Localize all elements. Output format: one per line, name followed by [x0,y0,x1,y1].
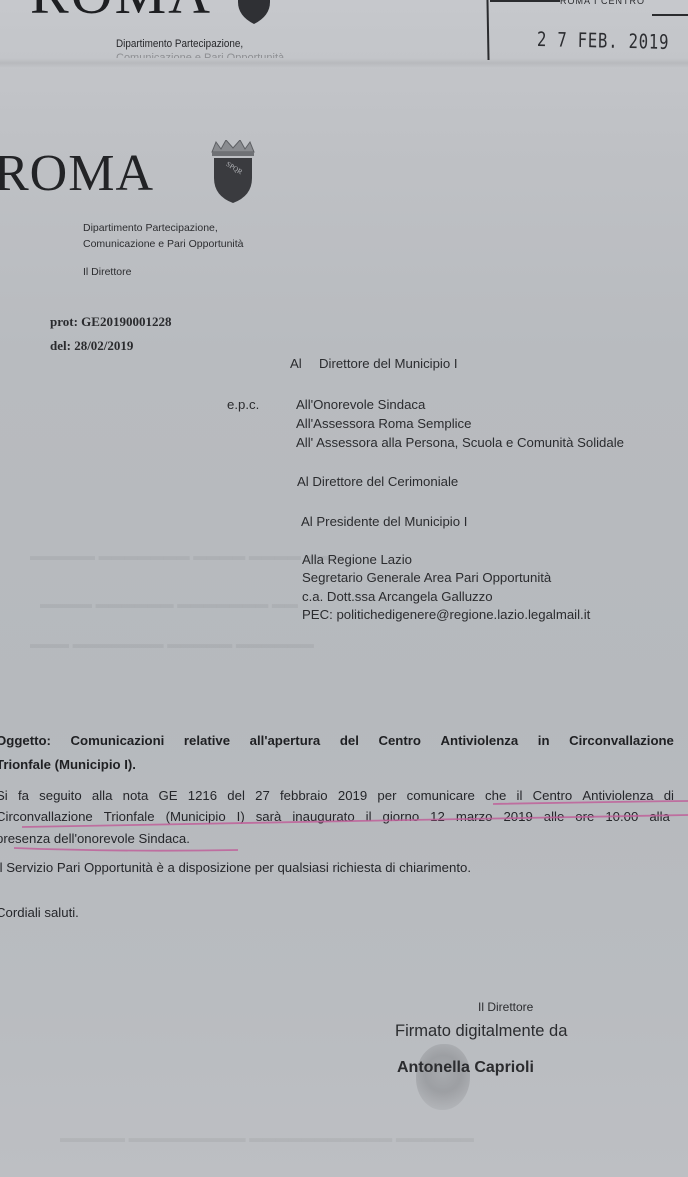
word: Circonvallazione [0,809,93,824]
word: Antiviolenza [441,733,519,748]
word: Oggetto: [0,733,51,748]
protocol-number: prot: GE20190001228 [50,314,171,330]
department-line1: Dipartimento Partecipazione, [83,222,218,234]
protocol-date: del: 28/02/2019 [50,338,133,354]
word: Centro [533,788,573,803]
cc-recipient: All' Assessora alla Persona, Scuola e Co… [296,435,624,450]
recipient-pec: PEC: politichedigenere@regione.lazio.leg… [302,607,590,622]
word: seguito [39,788,82,803]
word: fa [18,788,29,803]
recipient-presidente: Al Presidente del Municipio I [301,514,467,529]
word: 12 [430,809,445,824]
word: che [485,788,506,803]
department-line2: Comunicazione e Pari Opportunità [83,238,244,250]
word: il [517,788,523,803]
word: del [340,733,359,748]
role-label: Il Direttore [83,266,131,278]
word: il [366,809,372,824]
top-logo-text: ROMA [30,0,212,27]
word: Trionfale [104,809,155,824]
cc-recipient: All'Onorevole Sindaca [296,397,425,412]
word: GE [158,788,177,803]
word: del [227,788,245,803]
word: giorno [383,809,420,824]
seal-stamp [416,1044,470,1110]
word: 1216 [188,788,217,803]
body-line3: presenza dell'onorevole Sindaca. [0,831,190,846]
body-line1: SifaseguitoallanotaGE1216del27febbraio20… [0,788,674,803]
word: all'apertura [250,733,321,748]
word: febbraio [280,788,328,803]
page-fold [0,58,688,68]
stamp-border [490,0,560,2]
word: 2019 [503,809,532,824]
word: di [664,788,674,803]
stamp-date: 2 7 FEB. 2019 [537,27,670,54]
word: 27 [255,788,270,803]
cc-recipient: All'Assessora Roma Semplice [296,416,471,431]
word: alle [544,809,565,824]
word: ore [575,809,594,824]
bleed-through-text: ▬▬▬ ▬▬▬▬▬▬▬ ▬▬▬▬▬ ▬▬▬▬▬▬ [30,636,314,651]
recipient-regione: Alla Regione Lazio [302,552,412,567]
word: relative [184,733,230,748]
closing: Cordiali saluti. [0,905,79,920]
bleed-through-text: ▬▬▬▬▬ ▬▬▬▬▬▬▬▬▬ ▬▬▬▬▬▬▬▬▬▬▬ ▬▬▬▬▬▬ [60,1130,474,1145]
primary-recipient-prefix: Al [290,356,302,371]
signature-role: Il Direttore [478,1000,533,1014]
word: alla [649,809,670,824]
stamp-header: ROMA I CENTRO [560,0,645,6]
signature-name: Antonella Caprioli [397,1059,534,1077]
subject-line1: Oggetto:Comunicazionirelativeall'apertur… [0,733,674,748]
stamp-underline [652,14,688,16]
word: alla [92,788,113,803]
word: 10.00 [605,809,638,824]
primary-recipient: Direttore del Municipio I [319,356,458,371]
word: in [538,733,550,748]
recipient-regione: c.a. Dott.ssa Arcangela Galluzzo [302,589,493,604]
bleed-through-text: ▬▬▬▬ ▬▬▬▬▬▬ ▬▬▬▬▬▬▬ ▬▬ [40,596,298,611]
logo-text: ROMA [0,144,154,203]
word: Circonvallazione [569,733,674,748]
word: marzo [456,809,493,824]
word: nota [123,788,149,803]
word: Centro [378,733,421,748]
word: (Municipio [166,809,226,824]
top-department-line1: Dipartimento Partecipazione, [116,38,243,50]
body-line2: CirconvallazioneTrionfale(MunicipioI)sar… [0,809,670,824]
word: 2019 [338,788,367,803]
body-paragraph2: Il Servizio Pari Opportunità è a disposi… [0,860,471,875]
signature-label: Firmato digitalmente da [395,1022,567,1041]
bleed-through-text: ▬▬▬▬▬ ▬▬▬▬▬▬▬ ▬▬▬▬ ▬▬▬▬ ▬▬▬ [30,548,343,563]
word: Comunicazioni [71,733,165,748]
cc-label: e.p.c. [227,397,259,412]
word: Antiviolenza [582,788,653,803]
top-crest-icon [236,0,272,24]
word: per [377,788,396,803]
word: inaugurato [292,809,354,824]
word: I) [237,809,245,824]
word: sarà [256,809,282,824]
word: Si [0,788,8,803]
recipient-cerimoniale: Al Direttore del Cerimoniale [297,474,458,489]
stamp-border [486,0,489,60]
rome-coat-of-arms-icon: SPQR [206,140,260,204]
recipient-regione: Segretario Generale Area Pari Opportunit… [302,570,551,585]
word: comunicare [407,788,475,803]
subject-line2: Trionfale (Municipio I). [0,757,136,772]
